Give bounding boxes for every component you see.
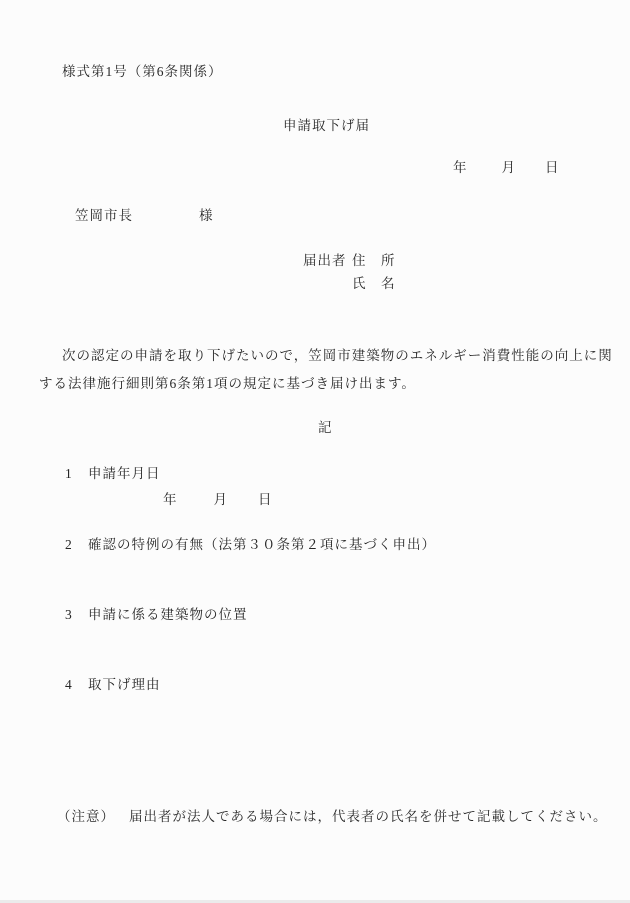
- list-item-1: 1申請年月日: [65, 465, 161, 483]
- item-1-day-label: 日: [258, 492, 273, 507]
- list-item-3: 3申請に係る建築物の位置: [65, 606, 248, 624]
- declarant-label: 届出者: [303, 252, 347, 270]
- item-2-label: 確認の特例の有無（法第３０条第２項に基づく申出）: [88, 537, 436, 552]
- note-line: （注意）届出者が法人である場合には，代表者の氏名を併せて記載してください。: [57, 808, 608, 826]
- note-prefix: （注意）: [57, 809, 115, 824]
- declarant-address-label: 住 所: [352, 252, 396, 270]
- item-1-label: 申請年月日: [88, 466, 161, 481]
- body-paragraph-line2: する法律施行細則第6条第1項の規定に基づき届け出ます。: [39, 375, 416, 393]
- document-page: 様式第1号（第6条関係） 申請取下げ届 年月日 笠岡市長様 届出者 住 所 氏 …: [0, 0, 630, 903]
- document-title: 申請取下げ届: [283, 117, 370, 135]
- addressee-line: 笠岡市長様: [75, 207, 214, 225]
- date-day-label: 日: [545, 160, 560, 175]
- date-year-label: 年: [453, 160, 468, 175]
- date-month-label: 月: [502, 160, 517, 175]
- form-number: 様式第1号（第6条関係）: [62, 63, 223, 81]
- record-marker: 記: [318, 419, 333, 437]
- item-4-label: 取下げ理由: [88, 677, 161, 692]
- item-4-number: 4: [65, 676, 88, 694]
- list-item-2: 2確認の特例の有無（法第３０条第２項に基づく申出）: [65, 536, 436, 554]
- item-1-year-label: 年: [163, 492, 178, 507]
- note-text: 届出者が法人である場合には，代表者の氏名を併せて記載してください。: [129, 809, 608, 824]
- list-item-4: 4取下げ理由: [65, 676, 161, 694]
- item-1-number: 1: [65, 465, 88, 483]
- declarant-name-label: 氏 名: [352, 275, 396, 293]
- date-line: 年月日: [453, 159, 560, 177]
- body-paragraph-line1: 次の認定の申請を取り下げたいので，笠岡市建築物のエネルギー消費性能の向上に関: [62, 347, 613, 365]
- addressee-honorific: 様: [199, 208, 214, 223]
- item-2-number: 2: [65, 536, 88, 554]
- item-1-date-line: 年月日: [163, 491, 273, 509]
- item-3-number: 3: [65, 606, 88, 624]
- item-3-label: 申請に係る建築物の位置: [88, 607, 248, 622]
- item-1-month-label: 月: [214, 492, 229, 507]
- addressee-name: 笠岡市長: [75, 208, 133, 223]
